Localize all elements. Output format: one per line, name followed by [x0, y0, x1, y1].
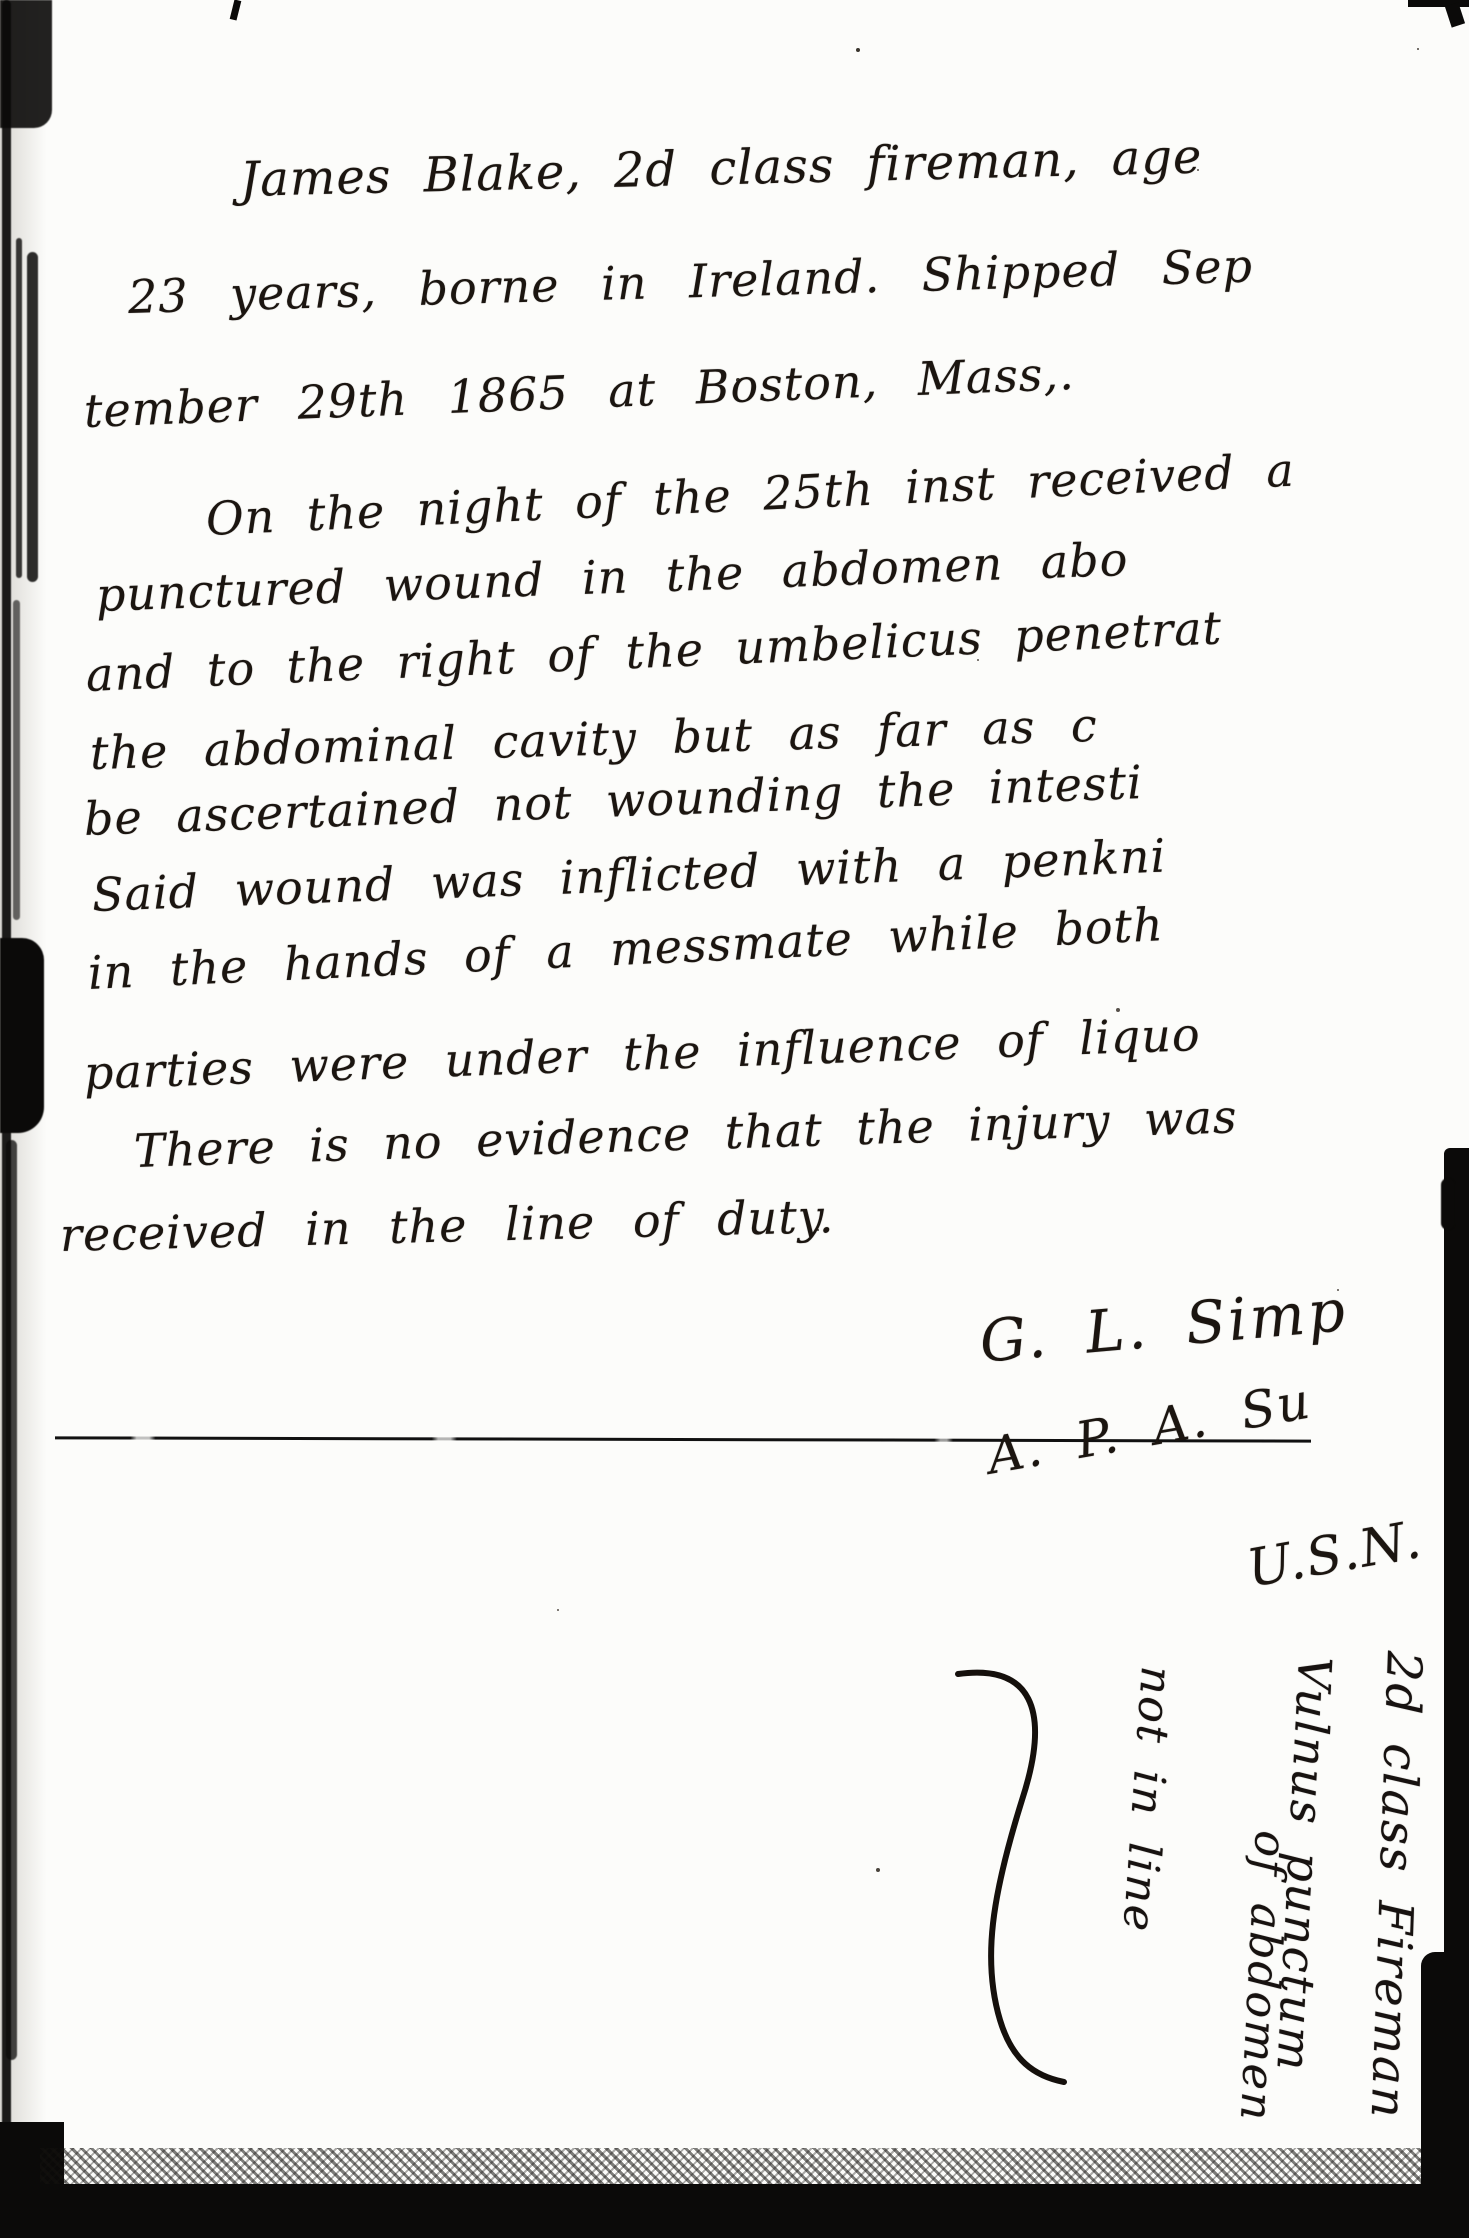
- binding-streak: [27, 252, 38, 582]
- scan-mark-top-right: [1408, 0, 1469, 7]
- scan-edge-right: [1421, 1952, 1469, 2238]
- document-scan-page: James Blake, 2d class fireman, age 23 ye…: [0, 0, 1469, 2238]
- scan-edge-bottom: [40, 2184, 1469, 2238]
- handwritten-line: James Blake, 2d class fireman, age: [239, 128, 1203, 208]
- scan-mark: [1441, 1178, 1455, 1230]
- handwritten-line: parties were under the influence of liqu…: [83, 1007, 1201, 1100]
- pen-mark-top: [230, 0, 242, 21]
- signature-rank: A. P. A. Su: [983, 1372, 1316, 1486]
- handwritten-line: 23 years, borne in Ireland. Shipped Sep: [127, 239, 1253, 324]
- handwritten-line: There is no evidence that the injury was: [133, 1089, 1238, 1178]
- pen-flourish: [930, 1660, 1080, 2100]
- handwritten-line: tember 29th 1865 at Boston, Mass,.: [83, 346, 1076, 438]
- docket-line-verdict: not in line: [1112, 1664, 1182, 1934]
- signature-name: G. L. Simp: [977, 1276, 1350, 1376]
- docket-line-location: of abdomen: [1230, 1829, 1296, 2123]
- handwritten-line: On the night of the 25th inst received a: [205, 443, 1296, 546]
- binding-streak: [16, 238, 22, 578]
- handwritten-line: received in the line of duty.: [59, 1189, 834, 1262]
- binding-streak: [6, 1140, 17, 2060]
- scan-corner-top-left: [0, 0, 52, 128]
- scan-noise-bottom: [40, 2148, 1469, 2188]
- binding-ink-blob: [0, 938, 44, 1133]
- handwritten-line: punctured wound in the abdomen abo: [95, 532, 1129, 622]
- binding-streak: [13, 600, 20, 920]
- paper-speckle: [856, 48, 860, 52]
- signature-org: U.S.N.: [1243, 1510, 1427, 1600]
